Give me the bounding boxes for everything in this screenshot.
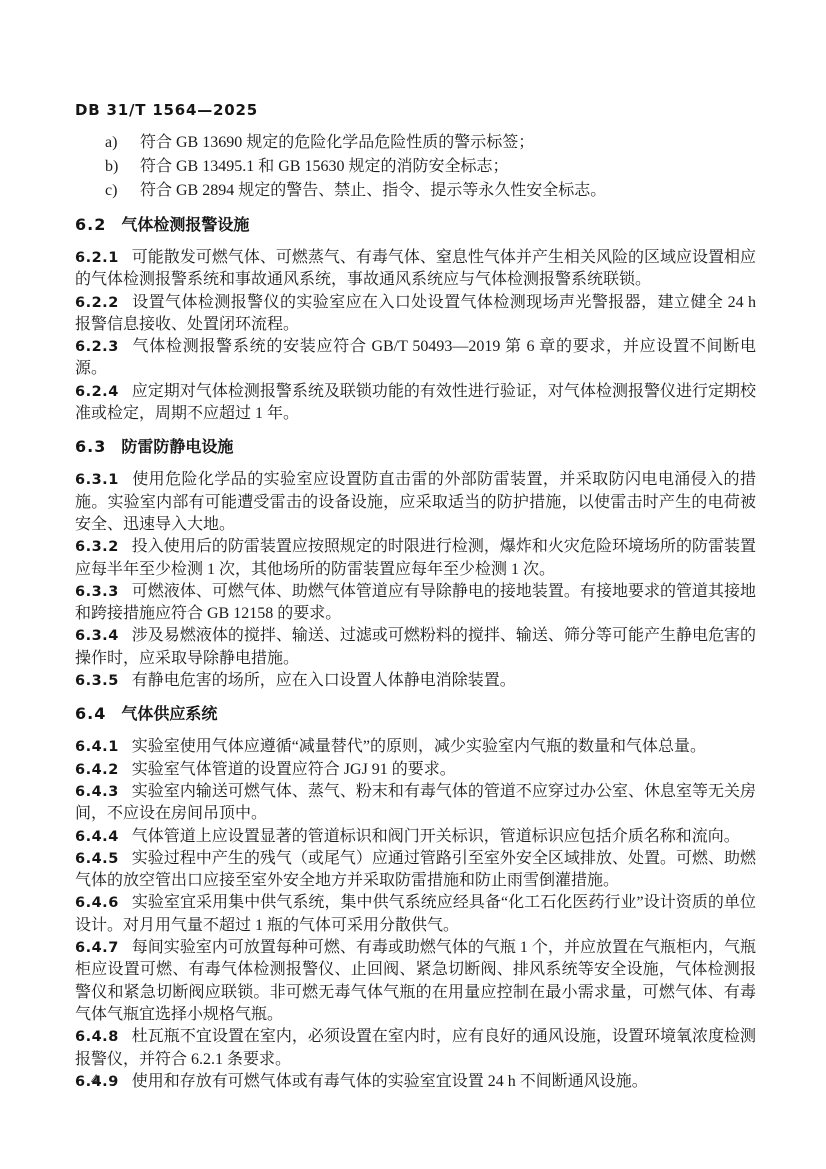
clause-number: 6.2.1 xyxy=(75,250,119,266)
clause-number: 6.4.8 xyxy=(75,1029,119,1045)
document-header: DB 31/T 1564—2025 xyxy=(75,101,258,119)
clause-number: 6.3.1 xyxy=(75,472,119,488)
clause-6-4-7: 6.4.7每间实验室内可放置每种可燃、有毒或助燃气体的气瓶 1 个，并应放置在气… xyxy=(75,937,756,1026)
clause-6-2-1: 6.2.1可能散发可燃气体、可燃蒸气、有毒气体、窒息性气体并产生相关风险的区域应… xyxy=(75,247,756,292)
clause-text: 实验过程中产生的残气（或尾气）应通过管路引至室外安全区域排放、处置。可燃、助燃气… xyxy=(75,850,756,889)
clause-6-3-5: 6.3.5有静电危害的场所，应在入口设置人体静电消除装置。 xyxy=(75,670,756,692)
section-title: 防雷防静电设施 xyxy=(121,437,233,456)
list-item-text: 符合 GB 2894 规定的警告、禁止、指令、提示等永久性安全标志。 xyxy=(140,182,606,199)
clause-text: 有静电危害的场所，应在入口设置人体静电消除装置。 xyxy=(132,672,516,689)
section-title: 气体检测报警设施 xyxy=(121,215,249,234)
clause-text: 投入使用后的防雷装置应按照规定的时限进行检测，爆炸和火灾危险环境场所的防雷装置应… xyxy=(75,538,756,577)
clause-text: 可能散发可燃气体、可燃蒸气、有毒气体、窒息性气体并产生相关风险的区域应设置相应的… xyxy=(75,249,756,288)
clause-6-4-8: 6.4.8杜瓦瓶不宜设置在室内，必须设置在室内时，应有良好的通风设施，设置环境氧… xyxy=(75,1026,756,1071)
clause-number: 6.2.2 xyxy=(75,295,119,311)
clause-text: 实验室内输送可燃气体、蒸气、粉末和有毒气体的管道不应穿过办公室、休息室等无关房间… xyxy=(75,783,756,822)
clause-6-4-1: 6.4.1实验室使用气体应遵循“减量替代”的原则，减少实验室内气瓶的数量和气体总… xyxy=(75,736,756,758)
clause-6-4-3: 6.4.3实验室内输送可燃气体、蒸气、粉末和有毒气体的管道不应穿过办公室、休息室… xyxy=(75,781,756,826)
list-item-a: a)符合 GB 13690 规定的危险化学品危险性质的警示标签； xyxy=(105,131,756,155)
clause-text: 实验室使用气体应遵循“减量替代”的原则，减少实验室内气瓶的数量和气体总量。 xyxy=(132,738,706,755)
clause-text: 涉及易燃液体的搅拌、输送、过滤或可燃粉料的搅拌、输送、筛分等可能产生静电危害的操… xyxy=(75,627,756,666)
section-heading-6-2: 6.2气体检测报警设施 xyxy=(75,214,756,236)
clause-text: 使用危险化学品的实验室应设置防直击雷的外部防雷装置，并采取防闪电电涌侵入的措施。… xyxy=(75,471,756,533)
clause-number: 6.3.3 xyxy=(75,584,119,600)
clause-number: 6.4.7 xyxy=(75,940,119,956)
list-item-b: b)符合 GB 13495.1 和 GB 15630 规定的消防安全标志； xyxy=(105,155,756,179)
list-item-text: 符合 GB 13690 规定的危险化学品危险性质的警示标签； xyxy=(140,134,534,151)
clause-number: 6.3.4 xyxy=(75,628,119,644)
clause-6-2-3: 6.2.3气体检测报警系统的安装应符合 GB/T 50493—2019 第 6 … xyxy=(75,336,756,381)
clause-6-3-3: 6.3.3可燃液体、可燃气体、助燃气体管道应有导除静电的接地装置。有接地要求的管… xyxy=(75,581,756,626)
standard-number: DB 31/T 1564—2025 xyxy=(75,101,258,119)
clause-number: 6.3.2 xyxy=(75,539,119,555)
clause-6-4-9: 6.4.9使用和存放有可燃气体或有毒气体的实验室宜设置 24 h 不间断通风设施… xyxy=(75,1071,756,1093)
section-number: 6.3 xyxy=(75,437,106,456)
clause-text: 可燃液体、可燃气体、助燃气体管道应有导除静电的接地装置。有接地要求的管道其接地和… xyxy=(75,583,756,622)
section-heading-6-3: 6.3防雷防静电设施 xyxy=(75,436,756,458)
clause-text: 实验室宜采用集中供气系统，集中供气系统应经具备“化工石化医药行业”设计资质的单位… xyxy=(75,894,756,933)
clause-text: 使用和存放有可燃气体或有毒气体的实验室宜设置 24 h 不间断通风设施。 xyxy=(132,1073,648,1090)
clause-number: 6.4.2 xyxy=(75,762,119,778)
clause-6-3-2: 6.3.2投入使用后的防雷装置应按照规定的时限进行检测，爆炸和火灾危险环境场所的… xyxy=(75,536,756,581)
clause-text: 杜瓦瓶不宜设置在室内，必须设置在室内时，应有良好的通风设施，设置环境氧浓度检测报… xyxy=(75,1028,756,1067)
page-number: 4 xyxy=(91,1072,98,1089)
list-item-label: c) xyxy=(105,179,140,203)
clause-number: 6.3.5 xyxy=(75,673,119,689)
clause-6-3-1: 6.3.1使用危险化学品的实验室应设置防直击雷的外部防雷装置，并采取防闪电电涌侵… xyxy=(75,469,756,536)
clause-text: 气体检测报警系统的安装应符合 GB/T 50493—2019 第 6 章的要求，… xyxy=(75,338,756,377)
clause-number: 6.2.4 xyxy=(75,384,119,400)
clause-6-2-2: 6.2.2设置气体检测报警仪的实验室应在入口处设置气体检测现场声光警报器，建立健… xyxy=(75,292,756,337)
clause-6-4-5: 6.4.5实验过程中产生的残气（或尾气）应通过管路引至室外安全区域排放、处置。可… xyxy=(75,848,756,893)
clause-number: 6.2.3 xyxy=(75,339,119,355)
clause-6-4-4: 6.4.4气体管道上应设置显著的管道标识和阀门开关标识，管道标识应包括介质名称和… xyxy=(75,826,756,848)
list-item-text: 符合 GB 13495.1 和 GB 15630 规定的消防安全标志； xyxy=(140,158,508,175)
clause-text: 每间实验室内可放置每种可燃、有毒或助燃气体的气瓶 1 个，并应放置在气瓶柜内，气… xyxy=(75,939,756,1023)
lettered-list: a)符合 GB 13690 规定的危险化学品危险性质的警示标签； b)符合 GB… xyxy=(75,131,756,203)
document-content: a)符合 GB 13690 规定的危险化学品危险性质的警示标签； b)符合 GB… xyxy=(75,131,756,1093)
clause-number: 6.4.5 xyxy=(75,851,119,867)
clause-6-4-6: 6.4.6实验室宜采用集中供气系统，集中供气系统应经具备“化工石化医药行业”设计… xyxy=(75,892,756,937)
section-title: 气体供应系统 xyxy=(121,704,217,723)
clause-6-2-4: 6.2.4应定期对气体检测报警系统及联锁功能的有效性进行验证，对气体检测报警仪进… xyxy=(75,381,756,426)
clause-6-3-4: 6.3.4涉及易燃液体的搅拌、输送、过滤或可燃粉料的搅拌、输送、筛分等可能产生静… xyxy=(75,625,756,670)
clause-text: 实验室气体管道的设置应符合 JGJ 91 的要求。 xyxy=(132,761,456,778)
clause-number: 6.4.6 xyxy=(75,895,119,911)
list-item-label: b) xyxy=(105,155,140,179)
clause-number: 6.4.1 xyxy=(75,739,119,755)
clause-6-4-2: 6.4.2实验室气体管道的设置应符合 JGJ 91 的要求。 xyxy=(75,759,756,781)
clause-text: 设置气体检测报警仪的实验室应在入口处设置气体检测现场声光警报器，建立健全 24 … xyxy=(75,294,756,333)
clause-number: 6.4.3 xyxy=(75,784,119,800)
section-heading-6-4: 6.4气体供应系统 xyxy=(75,703,756,725)
clause-text: 应定期对气体检测报警系统及联锁功能的有效性进行验证，对气体检测报警仪进行定期校准… xyxy=(75,383,756,422)
section-number: 6.2 xyxy=(75,215,106,234)
section-number: 6.4 xyxy=(75,704,106,723)
document-page: DB 31/T 1564—2025 a)符合 GB 13690 规定的危险化学品… xyxy=(0,0,826,1169)
clause-number: 6.4.4 xyxy=(75,829,119,845)
list-item-c: c)符合 GB 2894 规定的警告、禁止、指令、提示等永久性安全标志。 xyxy=(105,179,756,203)
clause-text: 气体管道上应设置显著的管道标识和阀门开关标识，管道标识应包括介质名称和流向。 xyxy=(132,828,740,845)
list-item-label: a) xyxy=(105,131,140,155)
